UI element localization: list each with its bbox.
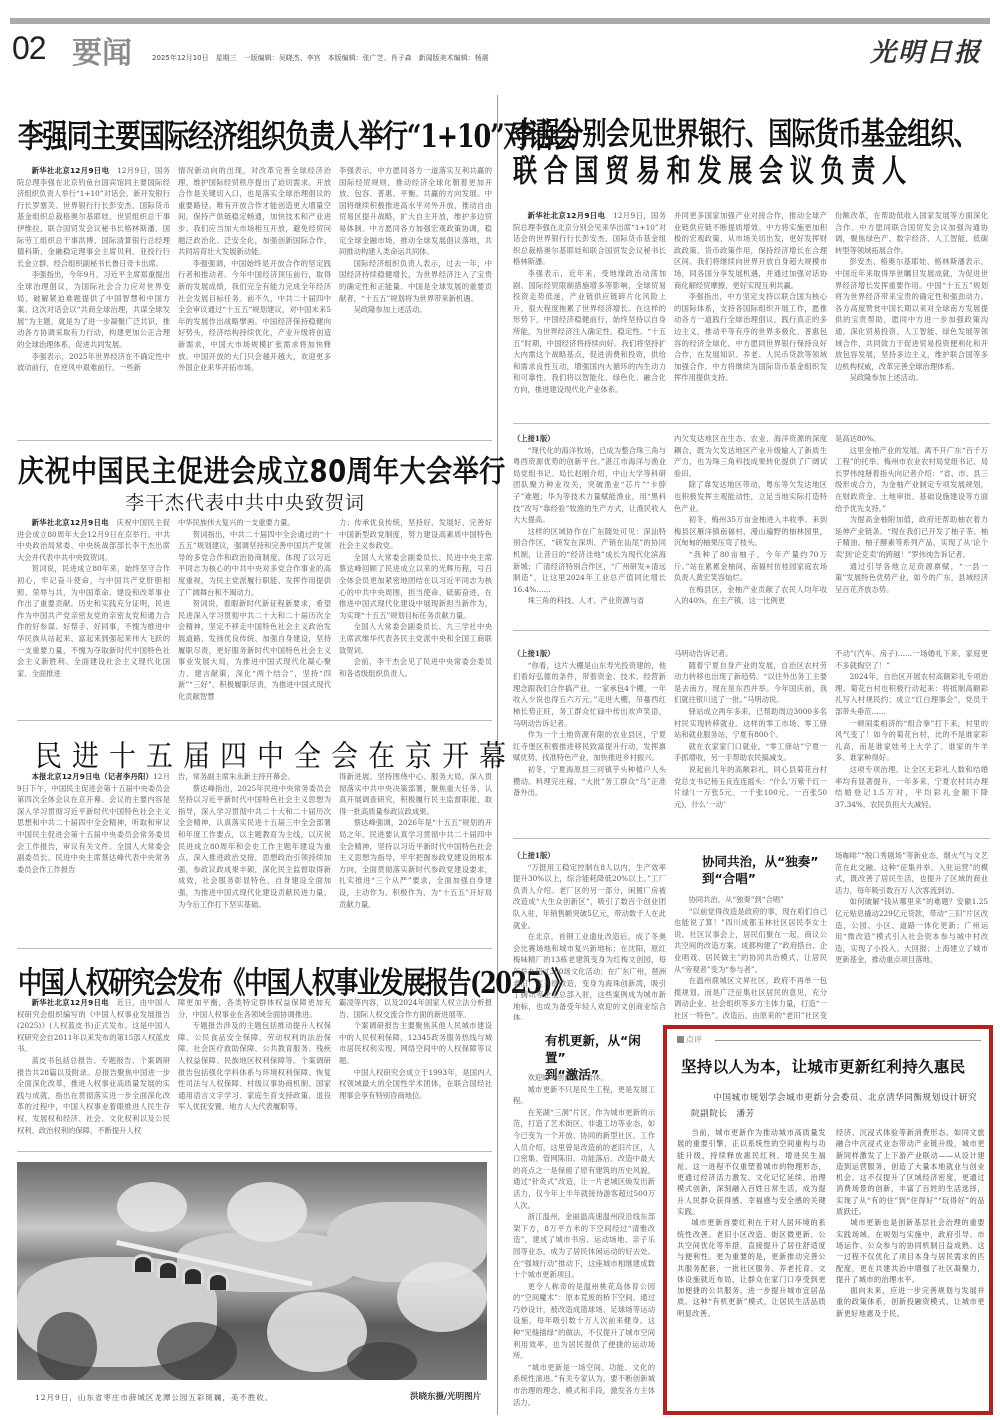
body-paragraph: 贺词说，民进成立80年来，始终坚守合作初心，牢记奋斗使命，与中国共产党肝胆相照、… [17, 563, 170, 679]
body-text: 协同共治，从“独奏”到“合唱” [674, 894, 827, 906]
commentary-box: 点评 坚持以人为本，让城市更新红利持久惠民 中国城市规划学会城市更新分会委员、北… [663, 1025, 993, 1415]
body-column-2: 障更加平衡，各类特定群体权益保障更加充分，中国人权事业在各领域全面协调推进。专题… [178, 997, 331, 1145]
body-column-3: 场咖啡”“脱口秀剧场”等新业态，烟火气与文艺范在此交融。这种“征集并举、入驻运营… [835, 850, 988, 1020]
body-text: 中华民族伟大复兴的一支重要力量。 [178, 517, 331, 529]
body-paragraph: 李强强调，中国始终是开放合作的坚定践行者和推动者。今年中国经济顶压前行，取得新的… [178, 258, 331, 374]
body-paragraph: 蔡达峰指出，2025年民进中央常务委员会坚持以习近平新时代中国特色社会主义思想为… [178, 783, 331, 911]
headline: 中国人权研究会发布《中国人权事业发展报告(2025)》 [18, 958, 574, 1002]
section-rule [513, 838, 990, 839]
body-paragraph: 在芜湖“三洞”片区，作为城市更新的示范，打造了艺术街区、非遗工坊等业态，如今已变… [513, 1107, 655, 1211]
article-body: 新华社北京12月9日电 12月9日，国务院总理李强在北京分别会见来华出席“1+1… [513, 210, 988, 405]
body-paragraph: “以前觉得改造是政府的事，现在咱们自己也能说了算！”四川成都玉林社区居民李女士说… [674, 906, 827, 976]
body-paragraph: 专题报告涉及的主题包括推动提升人权保障、公民食品安全保障、劳动权利的法治保障、社… [178, 1020, 331, 1113]
jump-label: （上接1版） [513, 648, 666, 660]
body-paragraph: 面向未来，应进一步完善规划与发展并重的政策体系，创新投融资模式，让城市更新更好地… [836, 1285, 985, 1319]
body-paragraph: 说起前几年的高额彩礼，同心县菊花台村党总支书记杨玉良连连摇头：“什么‘万紫千红一… [674, 764, 827, 810]
body-text: 不动”(汽车、房子)……一场婚礼下来，家庭更不多就掏空了！” [835, 648, 988, 671]
photo-credit: 洪晓东摄/光明图片 [410, 1390, 481, 1402]
body-paragraph: 为提高金柚附加值，政府还帮助柚农着力延伸产业链条。“现在我们已开发了柚子茶、柚子… [835, 514, 988, 560]
section-rule [17, 720, 492, 721]
body-text: 李强表示，中方愿同各方一道落实互利共赢的国际经贸规则，推动经济全球化朝着更加开放… [339, 165, 492, 258]
subheadline: 李干杰代表中共中央致贺词 [125, 488, 365, 515]
body-paragraph: 中国人权研究会成立于1993年，是国内人权领域最大的全国性学术团体，在联合国经社… [339, 1067, 492, 1102]
body-paragraph: 城市更新也是创新基层社会治理的重要实践场域。在规划与实施中，政府引导、市场运作、… [836, 1217, 985, 1285]
body-text: 当前，城市更新作为推动城市高质量发展的重要引擎，正以系统性的空间重构与功能升级，… [677, 1127, 826, 1217]
body-paragraph: 浙江温州，金丽温高速温州段沿线东部架下方，8万平方米的下空间经过“清雅改造”，建… [513, 1211, 655, 1281]
body-paragraph: 蓝皮书包括总报告、专题报告、个案调研报告共28篇以及附录。总报告聚焦中国进一步全… [17, 1055, 170, 1136]
dateline: 本报北京12月9日电（记者李丹阳） [32, 772, 154, 781]
body-column-3: 是高达80%。这里金柚产业的发展，离不开广东“百千万工程”的托举。梅州市农业农村… [835, 433, 988, 613]
commentary-rule [715, 1040, 981, 1041]
body-text: 内欠发达地区在生态、农业、海洋资源的深度耦合，既为欠发达地区产业升级输入了新质生… [674, 433, 827, 479]
headline-line-2: 联 合 国 贸 易 和 发 展 会 议 负 责 人 [513, 145, 905, 191]
body-paragraph: 彭安杰、格奥尔基耶娃、格林斯潘表示，中国近年来取得举世瞩目发展成就，为促进世界经… [835, 256, 988, 372]
body-text: 障更加平衡，各类特定群体权益保障更加充分，中国人权事业在各领域全面协调推进。 [178, 997, 331, 1020]
body-column-1: （上接1版） “你看，这片大棚是山东寿光投资建的，他们看好弘德的条件，带着资金、… [513, 648, 666, 820]
body-text: 12月9日，国务院总理李强在北京钓鱼台国宾馆同主要国际经济组织负责人举行“1+1… [17, 166, 170, 268]
issue-info: 2025年12月10日 星期三 一版编辑：吴晓杰、李宫 本版编辑：张广芝、肖子森… [152, 53, 489, 63]
body-column-2: 马明动告诉记者。随着宁夏自身产业的发展，自治区农村劳动力转移也出现了新趋势。“以… [674, 648, 827, 820]
body-text: 场咖啡”“脱口秀剧场”等新业态，烟火气与文艺范在此交融。这种“征集并举、入驻运营… [835, 850, 988, 896]
body-paragraph: 驿站成立两年多来，已帮助周边3000多名村民实现转移就业。这样的零工市场、零工驿… [674, 706, 827, 741]
body-paragraph: 更令人称奇的是温州桃花岛体育公园的“空间魔术”：原本荒废的桥下空间，通过巧妙设计… [513, 1281, 655, 1362]
article-body: 新华社北京12月9日电 庆祝中国民主促进会成立80周年大会12月9日在京举行。中… [17, 517, 492, 712]
body-paragraph: 这样的区域协作在广东随处可见：深汕特别合作区，“研发在深圳、产销在汕尾”的协同机… [513, 526, 666, 596]
article-body-top: （上接1版） “现代化的海洋牧场，已成为整合珠三角与粤西资源优势的创新平台。”湛… [513, 433, 988, 613]
body-column-1: 欢迎的文创商业综合体。城市更新不只是民生工程，更是发展工程。在芜湖“三洞”片区，… [513, 1072, 655, 1417]
body-paragraph: 初冬，宁夏海原县三河镇芋头种植户人头攒动。料理完庄稼，“大批”务工群众“乌”正准… [513, 764, 666, 799]
body-text: 欢迎的文创商业综合体。 [513, 1072, 655, 1084]
body-paragraph: 全国人大常委会副委员长、九三学社中央主席武维华代表各民主党派中央和全国工商联致贺… [339, 621, 492, 656]
body-paragraph: 珠三角的科技、人才、产业资源与省 [513, 595, 666, 607]
photo-caption: 12月9日，山东省枣庄市薛城区龙潭公园五彩斑斓，美不胜收。 [35, 1392, 273, 1403]
dateline: 新华社北京12月9日电 [32, 166, 110, 175]
article-body: 本报北京12月9日电（记者李丹阳）12月9日下午，中国民主促进会第十五届中央委员… [17, 771, 492, 941]
body-paragraph: 初冬，梅州35万亩金柚进入丰收季。来到梅县区雁洋镇南福村，漫山遍野的柚林园里，沉… [674, 514, 827, 549]
section-rule [17, 948, 492, 949]
body-paragraph: 李强表示，近年来，受地缘政治动荡加剧、国际经贸限制措施增多等影响，全球贸易投资走… [513, 268, 666, 396]
body-column-1: （上接1版） “万挺用工稳定控制在8人以内，生产效率提升30%以上，综合能耗降低… [513, 850, 666, 1020]
headline: 李强同主要国际经济组织负责人举行“1+10”对话会 [18, 112, 576, 157]
body-paragraph: 李强表示，2025年世界经济在不确定性中波动前行，在逆风中艰难前行。一些新 [17, 351, 170, 374]
body-column-3: 得新进展。坚持围绕中心、服务大局，深入贯彻落实中共中央决策部署，聚焦重大任务，认… [339, 771, 492, 941]
body-paragraph: 全国人大常委会副委员长、民进中央主席蔡达峰回顾了民进成立以来的光辉历程，号召全体… [339, 552, 492, 622]
body-paragraph: “城市更新是一场空间、功能、文化的系统性演进。”有关专家认为，要不断创新城市治理… [513, 1362, 655, 1408]
body-column-1: 当前，城市更新作为推动城市高质量发展的重要引擎，正以系统性的空间重构与功能升级，… [677, 1127, 826, 1407]
jump-label: （上接1版） [513, 850, 666, 862]
body-paragraph: 吴政隆参加上述活动。 [339, 304, 492, 316]
headline: 民进十五届四中全会在京开幕 [35, 732, 516, 775]
body-paragraph: 这项专项治理，让全区无彩礼人数和结婚率均有显著提升，一年多来，宁夏农村共办理结婚… [835, 764, 988, 810]
body-paragraph: 城市更新不只是民生工程，更是发展工程。 [513, 1084, 655, 1107]
body-column-1: （上接1版） “现代化的海洋牧场，已成为整合珠三角与粤西资源优势的创新平台。”湛… [513, 433, 666, 613]
body-paragraph: “我种了80亩柚子，今年产量约70万斤。”站在累累金柚间，南福村仿桂园家庭农场负… [674, 549, 827, 584]
body-paragraph: 城市更新首要红利在于对人居环境的系统性改善。老旧小区改造、街区微更新、公共空间优… [677, 1217, 826, 1319]
header-rule [10, 18, 990, 24]
body-paragraph: 一顿闹柔相济的“组合拳”打下来，村里的风气变了！如今的菊花台村，比的不是谁家彩礼… [835, 718, 988, 764]
body-paragraph: 李强指出，中方坚定支持以联合国为核心的国际体系，支持各国际组织开展工作，愿推动各… [674, 291, 827, 384]
article-body: 新华社北京12月9日电 12月9日，国务院总理李强在北京钓鱼台国宾馆同主要国际经… [17, 165, 492, 435]
body-paragraph: 会前，李干杰会见了民进中央常委会委员和各省级组织负责人。 [339, 656, 492, 679]
body-text: 是高达80%。 [835, 433, 988, 445]
section-name: 要闻 [72, 28, 132, 72]
body-text: 力；传承优良传统，坚持好、发展好、完善好中国新型政党制度，努力建设高素质中国特色… [339, 517, 492, 552]
article-body: 新华社北京12月9日电 近日，由中国人权研究会组织编写的《中国人权事业发展报告(… [17, 997, 492, 1145]
body-column-3: 霸凌等内容，以及2024年国家人权立法分析报告、国际人权交流合作方面的新进展等。… [339, 997, 492, 1145]
body-column-3: 力；传承优良传统，坚持好、发展好、完善好中国新型政党制度，努力建设高素质中国特色… [339, 517, 492, 712]
body-column-1: 新华社北京12月9日电 12月9日，国务院总理李强在北京分别会见来华出席“1+1… [513, 210, 666, 405]
section-rule [513, 423, 990, 424]
body-column-1: 新华社北京12月9日电 近日，由中国人权研究会组织编写的《中国人权事业发展报告(… [17, 997, 170, 1145]
body-text: 马明动告诉记者。 [674, 648, 827, 660]
body-column-2: 并同更多国家加强产业对接合作，推动全球产业链供应链不断提质增效。中方将实施更加积… [674, 210, 827, 405]
author-text: 中国城市规划学会城市更新分会委员、北京清华同衡规划设计研究院副院长 潘芳 [691, 1093, 977, 1119]
body-text: 12月9日下午，中国民主促进会第十五届中央委员会第四次全体会议在京开幕。会议的主… [17, 772, 170, 874]
body-column-3: 份额改革，在帮助低收入国家发展等方面深化合作。中方愿同联合国贸发会议加强沟通协调… [835, 210, 988, 405]
body-paragraph: 蔡达峰强调，2026年是“十五五”规划的开局之年。民进要认真学习贯彻中共二十届四… [339, 817, 492, 910]
body-paragraph: 国际经济组织负责人表示，过去一年，中国经济持续稳健增长，为世界经济注入了宝贵的确… [339, 258, 492, 304]
commentary-tag-label: 点评 [686, 1034, 702, 1045]
body-paragraph: 在梅县区，金柚产业贡献了农民人均年收入的40%，在主产镇，这一比例更 [674, 584, 827, 607]
body-text: “现代化的海洋牧场，已成为整合珠三角与粤西资源优势的创新平台。”湛江市海洋与渔业… [513, 445, 666, 526]
body-paragraph: 作为一个土地资源有限的农业县区，宁夏红寺堡区积极推进移民致富提升行动，发挥禀赋优… [513, 729, 666, 764]
body-column-1: 本报北京12月9日电（记者李丹阳）12月9日下午，中国民主促进会第十五届中央委员… [17, 771, 170, 941]
body-text: 得新进展。坚持围绕中心、服务大局，深入贯彻落实中共中央决策部署，聚焦重大任务，认… [339, 771, 492, 817]
body-paragraph: 在北京，首钢工业遗址改造后，成了冬奥会比赛场地和城市复兴新地标；在沈阳，原红梅味… [513, 931, 666, 1020]
news-photo-park-bridge [17, 1162, 487, 1380]
body-paragraph: 李强指出，今年9月，习近平主席郑重提出全球治理倡议，为国际社会合力应对世界变局、… [17, 269, 170, 350]
square-bullet-icon [677, 1036, 684, 1043]
body-column-3: 李强表示，中方愿同各方一道落实互利共赢的国际经贸规则，推动经济全球化朝着更加开放… [339, 165, 492, 435]
body-column-2: 告，常务副主席朱永新主持开幕会。蔡达峰指出，2025年民进中央常务委员会坚持以习… [178, 771, 331, 941]
body-paragraph: 在温州鹿城区文昇社区，政府不再单一包揽规划，而是广泛征集社区居民的意见，充分调动… [674, 975, 827, 1020]
body-column-2: 经济、沉浸式体验等新消费形态。如同文旅融合中沉浸式业态带动产业链升级，城市更新同… [836, 1127, 985, 1407]
body-paragraph: 这里金柚产业的发展，离不开广东“百千万工程”的托举。梅州市农业农村局党组书记、局… [835, 445, 988, 515]
body-paragraph: 贺词指出，中共二十届四中全会通过的“十五五”规划建议，强调坚持和完善中国共产党领… [178, 529, 331, 599]
commentary-body: 当前，城市更新作为推动城市高质量发展的重要引擎，正以系统性的空间重构与功能升级，… [677, 1127, 985, 1407]
body-paragraph: 2024年，自治区开展农村高额彩礼专项治理。菊花台村也积极行动起来：将抵制高额彩… [835, 671, 988, 717]
body-column-1: 新华社北京12月9日电 庆祝中国民主促进会成立80周年大会12月9日在京举行。中… [17, 517, 170, 712]
headline: 庆祝中国民主促进会成立80周年大会举行 [18, 448, 506, 491]
body-paragraph: 吴政隆参加上述活动。 [835, 372, 988, 384]
body-text: “你看，这片大棚是山东寿光投资建的，他们看好弘德的条件，带着资金、技术、经营新理… [513, 660, 666, 730]
body-text: 霸凌等内容，以及2024年国家人权立法分析报告、国际人权交流合作方面的新进展等。 [339, 997, 492, 1020]
section-rule [17, 440, 492, 441]
page-number: 02 [12, 30, 46, 67]
body-paragraph: 随着宁夏自身产业的发展，自治区农村劳动力转移也出现了新趋势。“以往外出务工主要是… [674, 660, 827, 706]
body-text: 情况新动向的出现，对改革完善全球经济治理、维护国际经贸秩序提出了迫切需求。开放合… [178, 165, 331, 258]
subsection-heading-collaboration: 协同共治，从“独奏”到“合唱” [672, 853, 822, 887]
section-rule [513, 630, 990, 631]
body-paragraph: 就在农家家门口就业，“零工驿站”宁夏一手抓增收，另一手帮助农民搞减支。 [674, 741, 827, 764]
commentary-tag: 点评 [677, 1034, 702, 1045]
article-body-middle: （上接1版） “你看，这片大棚是山东寿光投资建的，他们看好弘德的条件，带着资金、… [513, 648, 988, 820]
dateline: 新华社北京12月9日电 [32, 518, 109, 527]
newspaper-logo: 光明日报 [870, 32, 982, 69]
article-body-lowest: 欢迎的文创商业综合体。城市更新不只是民生工程，更是发展工程。在芜湖“三洞”片区，… [513, 1072, 655, 1417]
body-text: 经济、沉浸式体验等新消费形态。如同文旅融合中沉浸式业态带动产业链升级，城市更新同… [836, 1127, 985, 1217]
body-column-1: 新华社北京12月9日电 12月9日，国务院总理李强在北京钓鱼台国宾馆同主要国际经… [17, 165, 170, 435]
body-paragraph: 除了靠发达地区带动，粤东等欠发达地区也积极发挥主观能动性，立足当地实际打造特色产… [674, 479, 827, 514]
dateline: 新华社北京12月9日电 [32, 998, 109, 1007]
masthead: 02 要闻 2025年12月10日 星期三 一版编辑：吴晓杰、李宫 本版编辑：张… [12, 28, 988, 68]
body-text: 份额改革，在帮助低收入国家发展等方面深化合作。中方愿同联合国贸发会议加强沟通协调… [835, 210, 988, 256]
section-rule [17, 1151, 492, 1152]
body-column-3: 不动”(汽车、房子)……一场婚礼下来，家庭更不多就掏空了！”2024年，自治区开… [835, 648, 988, 820]
body-text: 并同更多国家加强产业对接合作，推动全球产业链供应链不断提质增效。中方将实施更加积… [674, 210, 827, 291]
body-column-2: 中华民族伟大复兴的一支重要力量。贺词指出，中共二十届四中全会通过的“十五五”规划… [178, 517, 331, 712]
jump-label: （上接1版） [513, 433, 666, 445]
dateline: 新华社北京12月9日电 [528, 211, 606, 220]
commentary-author: 中国城市规划学会城市更新分会委员、北京清华同衡规划设计研究院副院长 潘芳 [691, 1090, 981, 1122]
body-column-2: 情况新动向的出现，对改革完善全球经济治理、维护国际经贸秩序提出了迫切需求。开放合… [178, 165, 331, 435]
body-text: “万挺用工稳定控制在8人以内，生产效率提升30%以上，综合能耗降低20%以上。”… [513, 862, 666, 932]
body-paragraph: 如何破解“钱从哪里来”的难题？安徽1.25亿元贴息撬动229亿元贷款，带动“三旧… [835, 896, 988, 966]
commentary-title: 坚持以人为本，让城市更新红利持久惠民 [681, 1055, 965, 1077]
body-paragraph: 通过引导各地立足资源禀赋，“一县一策”发展特色优势产业，如今的广东，县域经济呈百… [835, 561, 988, 596]
body-column-2: 内欠发达地区在生态、农业、海洋资源的深度耦合，既为欠发达地区产业升级输入了新质生… [674, 433, 827, 613]
body-paragraph: 个案调研报告主要聚焦其他人民城市建设中的人民权利保障，12345政务服务热线与城… [339, 1020, 492, 1066]
body-text: 告，常务副主席朱永新主持开幕会。 [178, 771, 331, 783]
body-paragraph: 贺词说，着眼新时代新征程新要求，希望民进深入学习贯彻中共二十大和二十届历次全会精… [178, 598, 331, 702]
